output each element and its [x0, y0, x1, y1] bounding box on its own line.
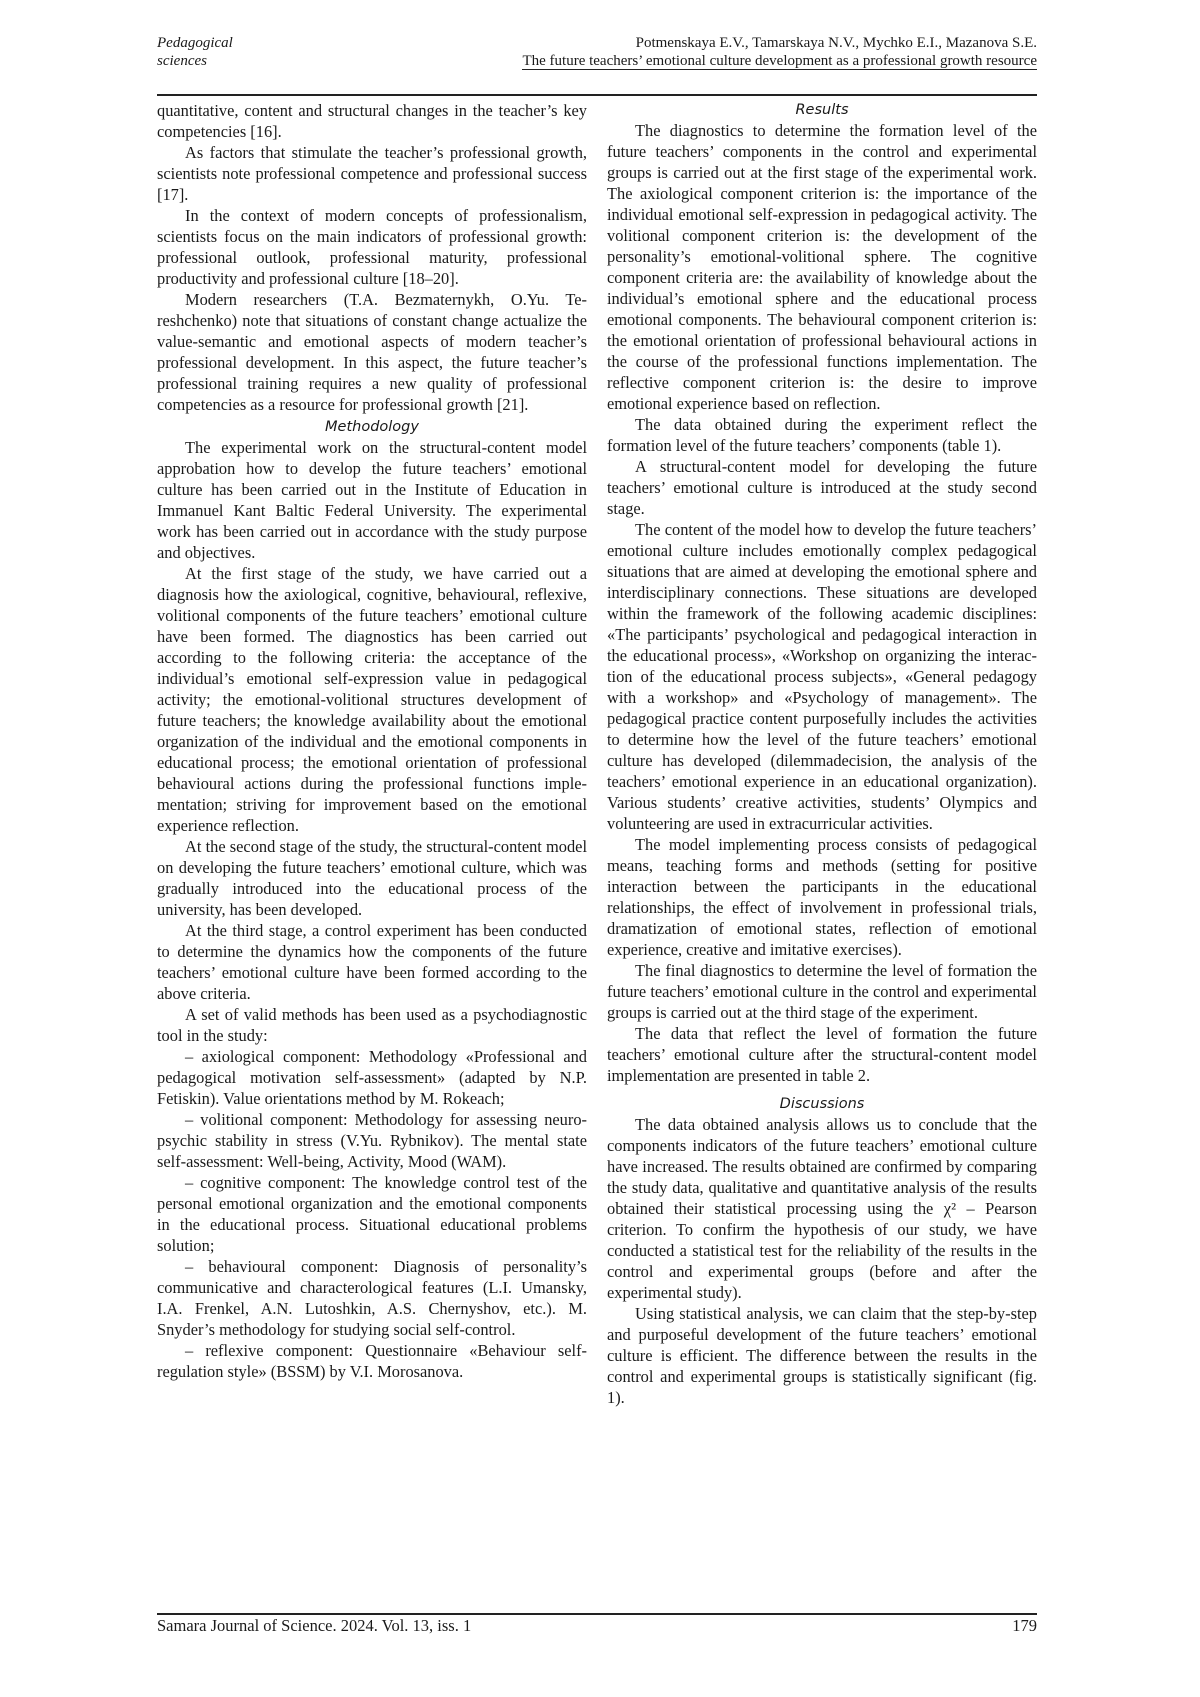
journal-page: Pedagogical sciences Potmenskaya E.V., T…: [157, 34, 1037, 96]
paragraph: The diagnostics to determine the formati…: [607, 120, 1037, 414]
body-columns: quantitative, content and structural cha…: [157, 100, 1037, 1408]
article-info: Potmenskaya E.V., Tamarskaya N.V., Mychk…: [522, 34, 1037, 70]
paragraph: The content of the model how to develop …: [607, 519, 1037, 834]
page-footer: Samara Journal of Science. 2024. Vol. 13…: [157, 1613, 1037, 1637]
section-label: Pedagogical sciences: [157, 34, 233, 70]
list-item: – volitional component: Methodology for …: [157, 1109, 587, 1172]
paragraph: quantitative, content and structural cha…: [157, 100, 587, 142]
article-title: The future teachers’ emotional culture d…: [522, 53, 1037, 70]
paragraph: The experimental work on the structural-…: [157, 437, 587, 563]
paragraph: Modern researchers (T.A. Bezmaternykh, O…: [157, 289, 587, 415]
right-column: Results The diagnostics to determine the…: [607, 100, 1037, 1408]
paragraph: Using statistical analysis, we can claim…: [607, 1303, 1037, 1408]
list-item: – behavioural component: Diagnosis of pe…: [157, 1256, 587, 1340]
list-item: – cognitive component: The knowledge con…: [157, 1172, 587, 1256]
list-item: – reflexive component: Questionnaire «Be…: [157, 1340, 587, 1382]
authors: Potmenskaya E.V., Tamarskaya N.V., Mychk…: [522, 34, 1037, 52]
paragraph: The data obtained analysis allows us to …: [607, 1114, 1037, 1303]
left-column: quantitative, content and structural cha…: [157, 100, 587, 1408]
paragraph: At the third stage, a control experiment…: [157, 920, 587, 1004]
paragraph: A set of valid methods has been used as …: [157, 1004, 587, 1046]
header-rule: [157, 94, 1037, 96]
section-heading-discussions: Discussions: [607, 1094, 1037, 1114]
paragraph: The data that reflect the level of forma…: [607, 1023, 1037, 1086]
paragraph: The final diagnostics to determine the l…: [607, 960, 1037, 1023]
page-number: 179: [1012, 1615, 1037, 1637]
journal-citation: Samara Journal of Science. 2024. Vol. 13…: [157, 1615, 471, 1637]
paragraph: As factors that stimulate the teacher’s …: [157, 142, 587, 205]
section-heading-methodology: Methodology: [157, 417, 587, 437]
paragraph: At the second stage of the study, the st…: [157, 836, 587, 920]
paragraph: A structural-content model for developin…: [607, 456, 1037, 519]
section-label-line1: Pedagogical: [157, 34, 233, 52]
section-label-line2: sciences: [157, 52, 233, 70]
paragraph: At the first stage of the study, we have…: [157, 563, 587, 836]
paragraph: The data obtained during the experiment …: [607, 414, 1037, 456]
paragraph: In the context of modern concepts of pro…: [157, 205, 587, 289]
section-heading-results: Results: [607, 100, 1037, 120]
running-header: Pedagogical sciences Potmenskaya E.V., T…: [157, 34, 1037, 96]
paragraph: The model implementing process consists …: [607, 834, 1037, 960]
list-item: – axiological component: Methodology «Pr…: [157, 1046, 587, 1109]
